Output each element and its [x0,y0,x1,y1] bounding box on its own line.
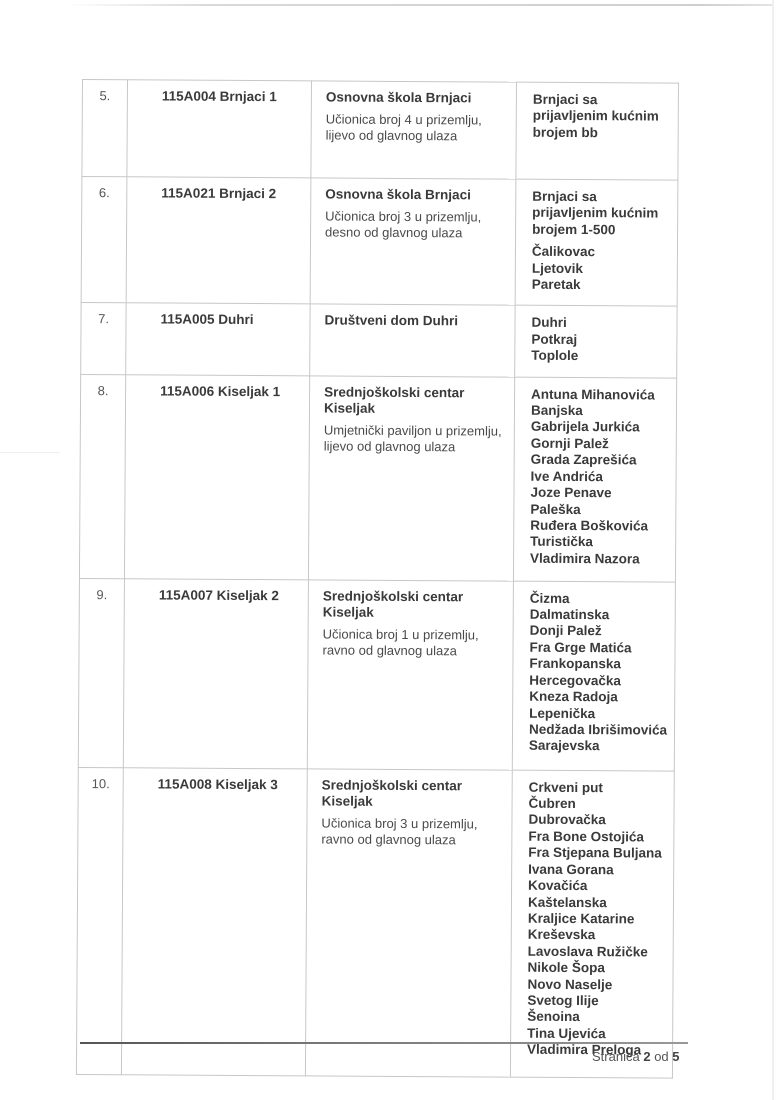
street-name: brojem 1-500 [532,222,671,239]
street-name: Sarajevska [529,738,668,755]
table-row: 5.115A004 Brnjaci 1Osnovna škola Brnjaci… [82,80,679,181]
location-description: Učionica broj 3 u prizemlju, desno od gl… [325,208,505,241]
polling-location-cell: Srednjoškolski centar KiseljakUmjetnički… [308,376,514,581]
street-group: DuhriPotkrajToplole [531,315,670,365]
streets-cell: Brnjaci saprijavljenim kućnimbrojem 1-50… [515,179,678,306]
street-name: Kreševska [528,927,667,944]
location-name: Srednjoškolski centar Kiseljak [324,384,504,417]
scan-fold-mark [0,452,60,453]
street-name: Ivana Gorana [528,861,667,878]
street-name: Gabrijela Jurkića [531,419,670,436]
street-name: Nikole Šopa [528,960,667,977]
street-name: Duhri [531,315,670,332]
polling-station-code: 115A004 Brnjaci 1 [127,80,312,178]
street-name: Čubren [529,796,668,813]
street-name: Grada Zaprešića [531,452,670,469]
street-name: Brnjaci sa [533,92,672,109]
streets-cell: ČizmaDalmatinskaDonji PaležFra Grge Mati… [512,581,675,771]
street-name: Tina Ujevića [527,1025,666,1042]
row-number: 6. [81,177,127,304]
street-name: Čizma [530,590,669,607]
page-number: Stranica 2 od 5 [592,1049,680,1064]
polling-location-cell: Osnovna škola BrnjaciUčionica broj 3 u p… [310,178,516,306]
of-label: od [654,1049,668,1064]
street-name: Dubrovačka [528,812,667,829]
street-name: Dalmatinska [530,607,669,624]
table-row: 7.115A005 DuhriDruštveni dom DuhriDuhriP… [81,303,677,378]
row-number: 10. [76,767,123,1074]
table-row: 8.115A006 Kiseljak 1Srednjoškolski centa… [79,374,676,582]
street-name: Šenoina [527,1009,666,1026]
polling-location-cell: Srednjoškolski centar KiseljakUčionica b… [307,580,513,770]
row-number: 7. [81,303,126,374]
street-group: Brnjaci saprijavljenim kućnimbrojem bb [533,92,672,142]
street-name: Hercegovačka [529,672,668,689]
streets-cell: Antuna MihanovićaBanjskaGabrijela Jurkić… [513,377,676,582]
table-row: 10.115A008 Kiseljak 3Srednjoškolski cent… [76,767,674,1078]
current-page: 2 [643,1049,650,1064]
row-number: 8. [79,374,125,578]
table-row: 6.115A021 Brnjaci 2Osnovna škola Brnjaci… [81,177,678,307]
location-name: Srednjoškolski centar Kiseljak [322,777,502,810]
street-name: Antuna Mihanovića [531,386,670,403]
row-number: 5. [82,80,128,177]
street-name: Banjska [531,403,670,420]
street-name: Potkraj [531,332,670,349]
street-name: Svetog Ilije [527,993,666,1010]
location-description: Umjetnički paviljon u prizemlju, lijevo … [324,422,504,455]
location-description: Učionica broj 4 u prizemlju, lijevo od g… [326,111,506,144]
street-name: Ruđera Boškovića [530,518,669,535]
table-row: 9.115A007 Kiseljak 2Srednjoškolski centa… [78,578,675,771]
street-name: Frankopanska [529,656,668,673]
street-name: Novo Naselje [527,976,666,993]
street-name: Brnjaci sa [532,189,671,206]
polling-stations-table: 5.115A004 Brnjaci 1Osnovna škola Brnjaci… [76,79,679,1078]
location-name: Osnovna škola Brnjaci [325,186,505,203]
street-name: Lavoslava Ružičke [528,943,667,960]
total-pages: 5 [672,1049,679,1064]
streets-cell: Crkveni putČubrenDubrovačkaFra Bone Osto… [510,770,674,1078]
scan-top-edge [64,4,774,6]
polling-station-code: 115A008 Kiseljak 3 [121,767,307,1075]
street-name: prijavljenim kućnim [532,205,671,222]
street-name: Paleška [530,501,669,518]
footer-divider [80,1042,688,1044]
street-name: Ive Andrića [531,468,670,485]
street-name: Kraljice Katarine [528,911,667,928]
street-name: Gornji Palež [531,436,670,453]
row-number: 9. [78,578,124,767]
polling-station-code: 115A021 Brnjaci 2 [126,177,311,305]
street-name: Fra Bone Ostojića [528,829,667,846]
location-description: Učionica broj 3 u prizemlju, ravno od gl… [321,815,501,848]
location-description: Učionica broj 1 u prizemlju, ravno od gl… [322,626,502,659]
street-name: Fra Stjepana Buljana [528,845,667,862]
street-group: ČizmaDalmatinskaDonji PaležFra Grge Mati… [529,590,669,755]
street-name: Nedžada Ibrišimovića [529,722,668,739]
street-name: Ljetovik [532,260,671,277]
street-name: Crkveni put [529,779,668,796]
polling-location-cell: Srednjoškolski centar KiseljakUčionica b… [305,769,512,1077]
street-name: Kneza Radoja [529,689,668,706]
polling-location-cell: Društveni dom Duhri [310,304,515,376]
streets-cell: Brnjaci saprijavljenim kućnimbrojem bb [516,82,679,180]
polling-location-cell: Osnovna škola BrnjaciUčionica broj 4 u p… [311,81,517,179]
street-name: Toplole [531,348,670,365]
page-label: Stranica [592,1049,640,1064]
location-name: Srednjoškolski centar Kiseljak [323,588,503,621]
polling-station-code: 115A007 Kiseljak 2 [123,578,308,768]
scan-right-edge [772,0,774,1100]
street-name: Kovačića [528,878,667,895]
street-name: Fra Grge Matića [529,640,668,657]
street-group: Crkveni putČubrenDubrovačkaFra Bone Osto… [527,779,668,1059]
street-group: Antuna MihanovićaBanjskaGabrijela Jurkić… [530,386,670,567]
street-name: Vladimira Nazora [530,550,669,567]
street-name: Lepenička [529,705,668,722]
street-name: Donji Palež [530,623,669,640]
polling-station-code: 115A006 Kiseljak 1 [124,374,309,579]
street-name: prijavljenim kućnim [533,108,672,125]
street-name: brojem bb [533,125,672,142]
polling-station-code: 115A005 Duhri [126,303,310,375]
street-name: Kaštelanska [528,894,667,911]
street-group: ČalikovacLjetovikParetak [532,244,671,294]
street-name: Čalikovac [532,244,671,261]
street-name: Turistička [530,534,669,551]
street-group: Brnjaci saprijavljenim kućnimbrojem 1-50… [532,189,671,239]
street-name: Paretak [532,277,671,294]
street-name: Joze Penave [530,485,669,502]
streets-cell: DuhriPotkrajToplole [515,306,677,378]
location-name: Društveni dom Duhri [324,313,504,330]
location-name: Osnovna škola Brnjaci [326,89,506,106]
